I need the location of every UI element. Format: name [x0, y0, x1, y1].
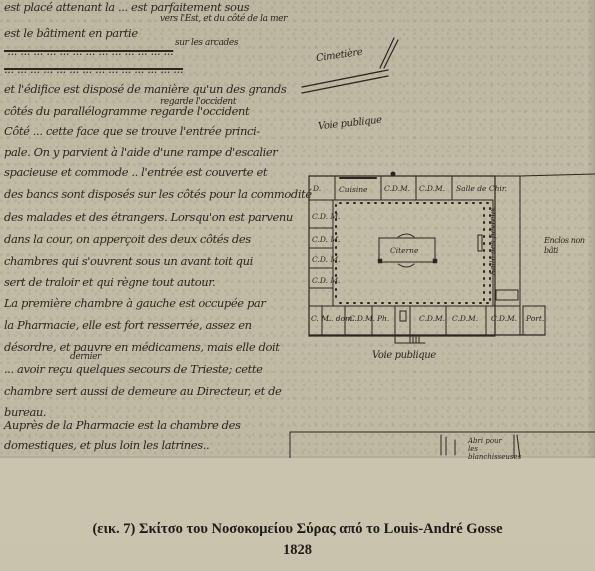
floor-plan-sketch [0, 0, 595, 458]
figure-caption-year: 1828 [0, 542, 595, 559]
room-label: C.D. M. [312, 276, 340, 285]
room-label: C.D.M. [384, 184, 410, 193]
shelter-label: Abri pour les blanchisseuses [468, 437, 514, 461]
room-label: C.D.M. [491, 314, 517, 323]
public-road-label-bottom: Voie publique [372, 350, 436, 361]
porter-label: Port. [526, 314, 544, 323]
pharmacy-label: Ph. [377, 314, 389, 323]
book-page: est placé attenant la ... est parfaiteme… [0, 0, 595, 571]
surgery-room-label: Salle de Chir. [456, 184, 507, 193]
room-label: C.D.M. [419, 314, 445, 323]
room-label: D. [313, 184, 321, 193]
room-label: C.D. M. [312, 235, 340, 244]
fever-room-label: Salle des fiévreux [488, 208, 497, 275]
room-label: C.D.M. [452, 314, 478, 323]
cistern-label: Citerne [390, 246, 418, 255]
enclosure-label: Enclos non bâti [544, 236, 590, 256]
room-label: C.D. M. [312, 255, 340, 264]
room-label: C.D.M. [349, 314, 375, 323]
figure-caption: (εικ. 7) Σκίτσο του Νοσοκομείου Σύρας απ… [0, 521, 595, 538]
room-label: C.D.M. [419, 184, 445, 193]
room-label: C.D. M. [312, 212, 340, 221]
kitchen-label: Cuisine [339, 185, 367, 194]
